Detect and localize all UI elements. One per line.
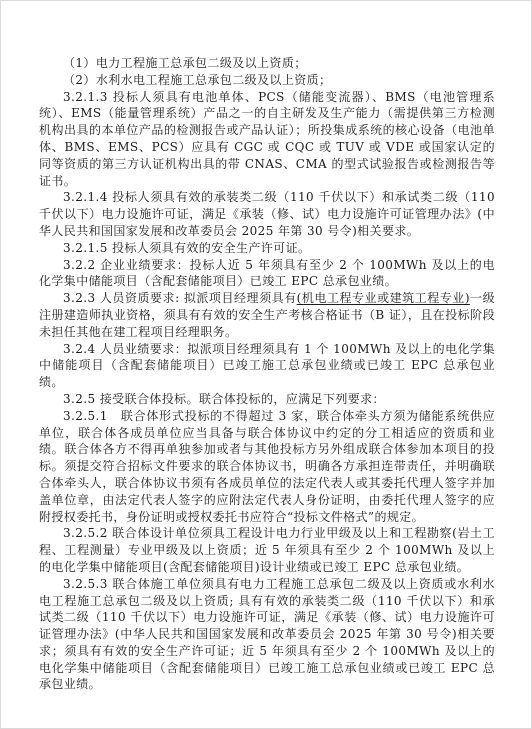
clause-3-2-3: 3.2.3 人员资质要求: 拟派项目经理须具有(机电工程专业或建筑工程专业)一级… [39,290,495,340]
clause-3-2-1-5: 3.2.1.5 投标人须具有效的安全生产许可证。 [39,240,495,257]
clause-3-2-5: 3.2.5 接受联合体投标。联合体投标的，应满足下列要求： [39,391,495,408]
clause-list-item-2: （2）水利水电工程施工总承包二级及以上资质； [39,72,495,89]
document-page: （1）电力工程施工总承包二级及以上资质； （2）水利水电工程施工总承包二级及以上… [0,0,532,729]
clause-list-item-1: （1）电力工程施工总承包二级及以上资质； [39,55,495,72]
clause-3-2-5-3: 3.2.5.3 联合体施工单位须具有电力工程施工总承包二级及以上资质或水利水电工… [39,576,495,694]
clause-3-2-1-3: 3.2.1.3 投标人须具有电池单体、PCS（储能变流器）、BMS（电池管理系统… [39,89,495,190]
clause-3-2-1-4: 3.2.1.4 投标人须具有效的承装类二级（110 千伏以下）和承试类二级（11… [39,189,495,239]
clause-3-2-5-2: 3.2.5.2 联合体设计单位须具工程设计电力行业甲级及以上和工程勘察(岩土工程… [39,525,495,575]
clause-3-2-3-text-before: 3.2.3 人员资质要求: 拟派项目经理须具有 [63,291,297,305]
clause-3-2-5-1: 3.2.5.1 联合体形式投标的不得超过 3 家，联合体牵头方须为储能系统供应单… [39,408,495,526]
clause-3-2-4: 3.2.4 人员业绩要求：拟派项目经理须具有 1 个 100MWh 及以上的电化… [39,341,495,391]
underlined-qualification-text: (机电工程专业或建筑工程专业) [297,291,470,305]
clause-3-2-2: 3.2.2 企业业绩要求：投标人近 5 年须具有至少 2 个 100MWh 及以… [39,257,495,291]
